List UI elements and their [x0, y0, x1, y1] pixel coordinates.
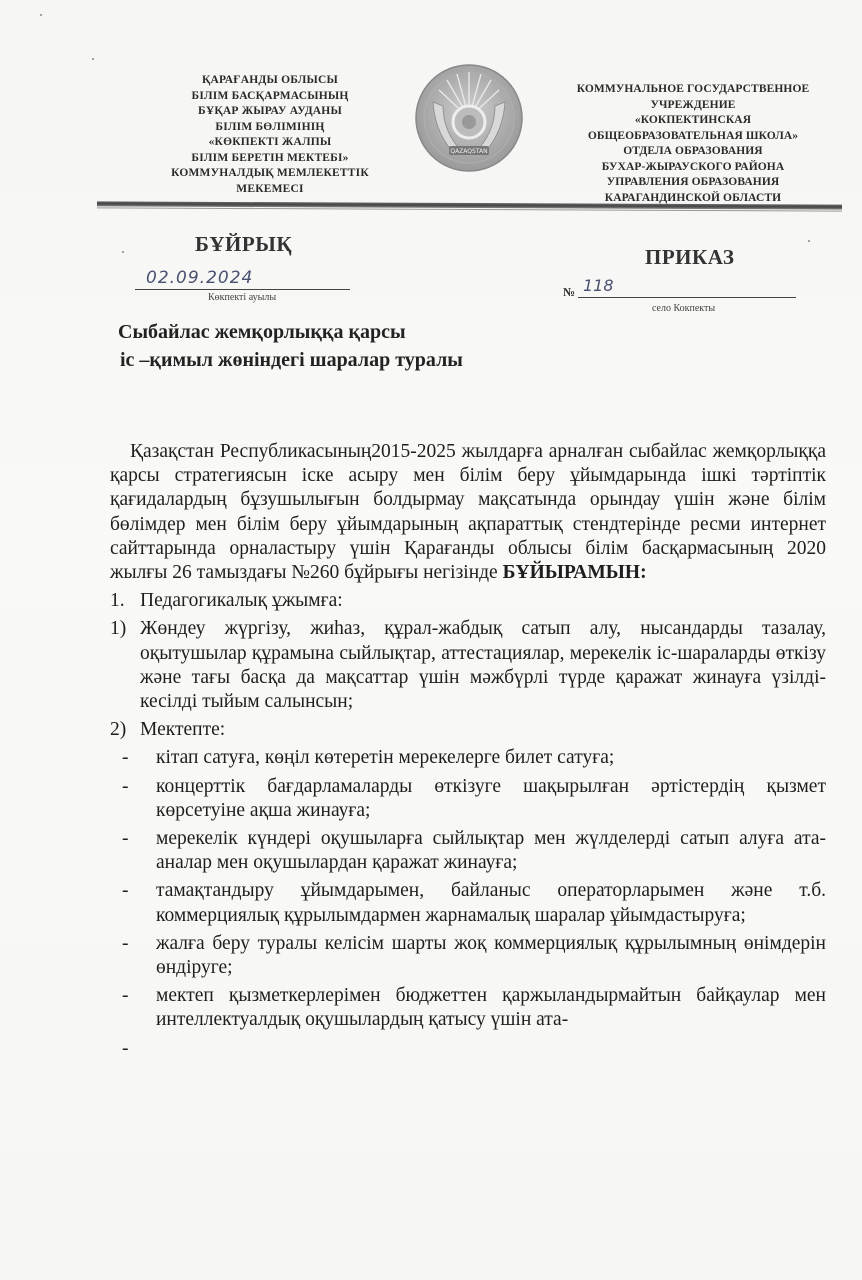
header-line: БІЛІМ БЕРЕТІН МЕКТЕБІ»: [120, 151, 420, 167]
dash-text: концерттік бағдарламаларды өткізуге шақы…: [156, 775, 826, 823]
title-line-2: іс –қимыл жөніндегі шаралар туралы: [118, 346, 463, 374]
document-title: Сыбайлас жемқорлыққа қарсы іс –қимыл жөн…: [118, 318, 463, 374]
dash-mark: -: [122, 827, 156, 875]
dash-item: - жалға беру туралы келісім шарты жоқ ко…: [122, 932, 826, 980]
header-org-kz: ҚАРАҒАНДЫ ОБЛЫСЫ БІЛІМ БАСҚАРМАСЫНЫҢ БҰҚ…: [120, 73, 420, 197]
header-line: КОММУНАЛЬНОЕ ГОСУДАРСТВЕННОЕ: [548, 82, 838, 98]
scan-speck: [122, 251, 124, 253]
dash-item: - кітап сатуға, көңіл көтеретін мерекеле…: [122, 746, 826, 770]
dash-text: мерекелік күндері оқушыларға сыйлықтар м…: [156, 827, 826, 875]
dash-mark: -: [122, 984, 156, 1032]
header-line: ҚАРАҒАНДЫ ОБЛЫСЫ: [120, 73, 420, 89]
header-line: МЕКЕМЕСІ: [120, 182, 420, 198]
dash-mark: -: [122, 775, 156, 823]
header-line: ОТДЕЛА ОБРАЗОВАНИЯ: [548, 144, 838, 160]
dash-text: тамақтандыру ұйымдарымен, байланыс опера…: [156, 879, 826, 927]
dash-item: - концерттік бағдарламаларды өткізуге ша…: [122, 775, 826, 823]
dash-item: -: [122, 1037, 826, 1061]
list-item-1: 1. Педагогикалық ұжымға:: [110, 589, 826, 613]
sub-item-number: 2): [110, 718, 140, 742]
dash-mark: -: [122, 1037, 156, 1061]
header-line: БУХАР-ЖЫРАУСКОГО РАЙОНА: [548, 160, 838, 176]
header-line: БІЛІМ БӨЛІМІНІҢ: [120, 120, 420, 136]
sub-item-2: 2) Мектепте:: [110, 718, 826, 742]
header-line: ОБЩЕОБРАЗОВАТЕЛЬНАЯ ШКОЛА»: [548, 129, 838, 145]
header-line: БІЛІМ БАСҚАРМАСЫНЫҢ: [120, 89, 420, 105]
preamble-paragraph: Қазақстан Республикасының2015-2025 жылда…: [110, 440, 826, 585]
sub-item-1: 1) Жөндеу жүргізу, жиhаз, құрал-жабдық с…: [110, 617, 826, 714]
dash-text: [156, 1037, 826, 1061]
order-number: 118: [583, 276, 614, 295]
dash-item: - тамақтандыру ұйымдарымен, байланыс опе…: [122, 879, 826, 927]
title-line-1: Сыбайлас жемқорлыққа қарсы: [118, 318, 463, 346]
header-line: УПРАВЛЕНИЯ ОБРАЗОВАНИЯ: [548, 175, 838, 191]
order-number-label: №: [563, 285, 575, 300]
dash-text: кітап сатуға, көңіл көтеретін мерекелерг…: [156, 746, 826, 770]
sub-item-text: Жөндеу жүргізу, жиhаз, құрал-жабдық саты…: [140, 617, 826, 714]
preamble-order-word: БҰЙЫРАМЫН:: [503, 562, 647, 583]
svg-text:QAZAQSTAN: QAZAQSTAN: [450, 148, 487, 155]
scan-speck: [92, 58, 94, 60]
header-line: УЧРЕЖДЕНИЕ: [548, 98, 838, 114]
number-underline: [578, 297, 796, 298]
order-label-kz: БҰЙРЫҚ: [195, 232, 292, 257]
dash-text: мектеп қызметкерлерімен бюджеттен қаржыл…: [156, 984, 826, 1032]
header-org-ru: КОММУНАЛЬНОЕ ГОСУДАРСТВЕННОЕ УЧРЕЖДЕНИЕ …: [548, 82, 838, 206]
dash-item: - мерекелік күндері оқушыларға сыйлықтар…: [122, 827, 826, 875]
state-emblem-icon: QAZAQSTAN: [413, 62, 525, 174]
document-page: ҚАРАҒАНДЫ ОБЛЫСЫ БІЛІМ БАСҚАРМАСЫНЫҢ БҰҚ…: [0, 0, 862, 1280]
item-number: 1.: [110, 589, 140, 613]
place-ru: село Кокпекты: [652, 303, 715, 314]
sub-item-text: Мектепте:: [140, 718, 826, 742]
header-line: БҰҚАР ЖЫРАУ АУДАНЫ: [120, 104, 420, 120]
order-label-ru: ПРИКАЗ: [645, 245, 734, 270]
scan-speck: [808, 240, 810, 242]
order-date: 02.09.2024: [146, 268, 253, 288]
scan-speck: [40, 14, 42, 16]
place-kz: Көкпекті ауылы: [208, 292, 276, 303]
header-line: КОММУНАЛДЫҚ МЕМЛЕКЕТТІК: [120, 166, 420, 182]
preamble-text: Қазақстан Республикасының2015-2025 жылда…: [110, 441, 826, 583]
dash-item: - мектеп қызметкерлерімен бюджеттен қарж…: [122, 984, 826, 1032]
dash-mark: -: [122, 932, 156, 980]
dash-mark: -: [122, 879, 156, 927]
dash-text: жалға беру туралы келісім шарты жоқ комм…: [156, 932, 826, 980]
header-line: «КӨКПЕКТІ ЖАЛПЫ: [120, 135, 420, 151]
date-underline: [135, 289, 350, 290]
document-body: Қазақстан Республикасының2015-2025 жылда…: [110, 440, 826, 1061]
header-line: «КОКПЕКТИНСКАЯ: [548, 113, 838, 129]
dash-mark: -: [122, 746, 156, 770]
sub-item-number: 1): [110, 617, 140, 714]
item-text: Педагогикалық ұжымға:: [140, 589, 826, 613]
